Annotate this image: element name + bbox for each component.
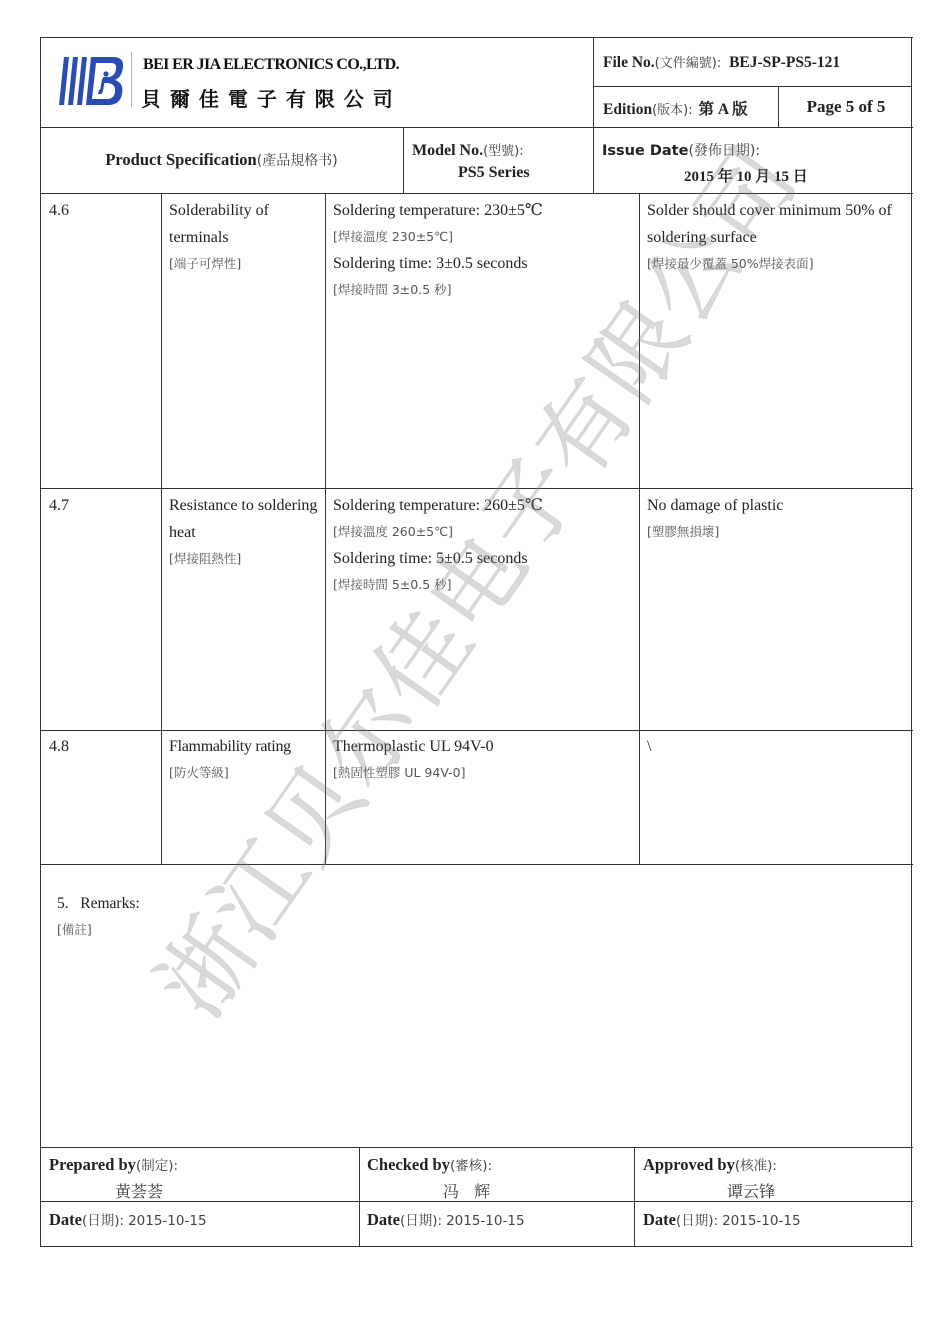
row-line-4 <box>40 1147 913 1148</box>
condition-line: Thermoplastic UL 94V-0 <box>333 733 633 760</box>
item-title: Flammability rating <box>169 733 323 760</box>
edition-value: 第 A 版 <box>699 101 748 118</box>
checked-by-label: Checked by <box>367 1155 450 1174</box>
header-row-line-2 <box>40 127 913 128</box>
date-value: 2015-10-15 <box>128 1213 206 1229</box>
header-row-line-1 <box>593 86 912 87</box>
file-no-field: File No.(文件編號): BEJ-SP-PS5-121 <box>603 52 840 72</box>
col-line-1 <box>161 193 162 865</box>
checked-date: Date(日期): 2015-10-15 <box>367 1209 525 1230</box>
frame-left <box>40 37 41 1247</box>
edition-label: Edition <box>603 101 652 118</box>
condition-line: Soldering temperature: 260±5℃ <box>333 492 633 519</box>
prepared-by-name: 黄荟荟 <box>115 1179 354 1202</box>
company-name-en: BEI ER JIA ELECTRONICS CO.,LTD. <box>143 56 399 74</box>
row-4-7-requirement: No damage of plastic [塑膠無損壞] <box>647 492 909 545</box>
condition-line-cn: [焊接溫度 230±5℃] <box>333 224 633 250</box>
date-label: Date <box>643 1210 676 1229</box>
signoff-col-line-1 <box>359 1147 360 1247</box>
row-4-7-condition: Soldering temperature: 260±5℃ [焊接溫度 260±… <box>333 492 633 598</box>
file-no-label: File No. <box>603 54 655 71</box>
row-4-8-item: Flammability rating [防火等級] <box>169 733 323 786</box>
item-title-cn: [焊接阻熱性] <box>169 546 319 572</box>
bej-logo-icon <box>58 55 128 107</box>
col-line-2 <box>325 193 326 865</box>
item-title: Resistance to soldering heat <box>169 492 319 546</box>
condition-line: Soldering time: 5±0.5 seconds <box>333 545 633 572</box>
remarks-label-cn: [備註] <box>57 922 92 937</box>
checked-by-name: 冯 辉 <box>443 1179 629 1202</box>
model-no-field: Model No.(型號): <box>412 140 524 160</box>
row-4-7-item: Resistance to soldering heat [焊接阻熱性] <box>169 492 319 572</box>
approved-by-name: 谭云锋 <box>727 1179 908 1202</box>
approved-by-block: Approved by(核准): 谭云锋 <box>643 1154 908 1202</box>
prepared-by-label-cn: (制定): <box>136 1158 178 1174</box>
model-no-label-cn: (型號): <box>483 144 524 159</box>
remarks-heading: 5. Remarks: [備註] <box>49 872 140 943</box>
date-value: 2015-10-15 <box>446 1213 524 1229</box>
condition-line: Soldering time: 3±0.5 seconds <box>333 250 633 277</box>
item-title: Solderability of terminals <box>169 197 319 251</box>
row-4-8-requirement: \ <box>647 733 909 760</box>
spec-model-divider <box>403 127 404 194</box>
approved-date: Date(日期): 2015-10-15 <box>643 1209 801 1230</box>
condition-line: Soldering temperature: 230±5℃ <box>333 197 633 224</box>
product-spec-title: Product Specification(產品規格书) <box>40 150 403 170</box>
row-line-3 <box>40 864 913 865</box>
row-line-1 <box>40 488 913 489</box>
issue-date-label-cn: (發佈日期): <box>688 143 760 159</box>
col-line-3 <box>639 193 640 865</box>
requirement-text-cn: [焊接最少覆蓋 50%焊接表面] <box>647 251 909 277</box>
issue-date-label: Issue Date <box>602 143 688 159</box>
edition-label-cn: (版本): <box>652 103 693 118</box>
row-line-2 <box>40 730 913 731</box>
item-title-cn: [端子可焊性] <box>169 251 319 277</box>
model-no-value: PS5 Series <box>458 164 530 182</box>
row-4-6-requirement: Solder should cover minimum 50% of solde… <box>647 197 909 277</box>
company-name-cn: 貝 爾 佳 電 子 有 限 公 司 <box>141 83 394 112</box>
header-bottom-line <box>40 193 913 194</box>
date-label-cn: (日期): <box>676 1213 718 1229</box>
row-4-8-number: 4.8 <box>49 733 69 760</box>
signoff-col-line-2 <box>634 1147 635 1247</box>
row-4-6-number: 4.6 <box>49 197 69 224</box>
condition-line-cn: [焊接溫度 260±5℃] <box>333 519 633 545</box>
approved-by-label: Approved by <box>643 1155 735 1174</box>
requirement-text: \ <box>647 733 909 760</box>
date-label-cn: (日期): <box>400 1213 442 1229</box>
prepared-date: Date(日期): 2015-10-15 <box>49 1209 207 1230</box>
row-4-8-condition: Thermoplastic UL 94V-0 [熱固性塑膠 UL 94V-0] <box>333 733 633 786</box>
checked-by-label-cn: (審核): <box>450 1158 492 1174</box>
row-4-7-number: 4.7 <box>49 492 69 519</box>
requirement-text-cn: [塑膠無損壞] <box>647 519 909 545</box>
product-spec-label: Product Specification <box>105 150 256 169</box>
prepared-by-label: Prepared by <box>49 1155 136 1174</box>
product-spec-label-cn: (產品規格书) <box>257 153 338 169</box>
condition-line-cn: [焊接時間 3±0.5 秒] <box>333 277 633 303</box>
checked-by-block: Checked by(審核): 冯 辉 <box>367 1154 629 1202</box>
date-label: Date <box>49 1210 82 1229</box>
edition-field: Edition(版本): 第 A 版 <box>603 97 748 119</box>
approved-by-label-cn: (核准): <box>735 1158 777 1174</box>
logo-divider <box>131 52 132 107</box>
row-4-6-item: Solderability of terminals [端子可焊性] <box>169 197 319 277</box>
company-logo <box>58 55 128 107</box>
frame-right <box>911 37 912 1247</box>
date-value: 2015-10-15 <box>722 1213 800 1229</box>
date-label: Date <box>367 1210 400 1229</box>
page-indicator: Page 5 of 5 <box>780 97 912 117</box>
file-no-value: BEJ-SP-PS5-121 <box>729 54 840 71</box>
requirement-text: Solder should cover minimum 50% of solde… <box>647 197 909 251</box>
frame-bottom <box>40 1246 913 1247</box>
prepared-by-block: Prepared by(制定): 黄荟荟 <box>49 1154 354 1202</box>
row-4-6-condition: Soldering temperature: 230±5℃ [焊接溫度 230±… <box>333 197 633 303</box>
date-label-cn: (日期): <box>82 1213 124 1229</box>
edition-page-divider <box>778 86 779 127</box>
issue-date-value: 2015 年 10 月 15 日 <box>684 165 808 186</box>
issue-date-field: Issue Date(發佈日期): <box>602 140 760 160</box>
header-divider <box>593 37 594 194</box>
requirement-text: No damage of plastic <box>647 492 909 519</box>
file-no-label-cn: (文件編號): <box>655 56 722 71</box>
item-title-cn: [防火等級] <box>169 760 323 786</box>
frame-top <box>40 37 913 38</box>
condition-line-cn: [熱固性塑膠 UL 94V-0] <box>333 760 633 786</box>
condition-line-cn: [焊接時間 5±0.5 秒] <box>333 572 633 598</box>
remarks-label: 5. Remarks: <box>57 895 140 912</box>
model-no-label: Model No. <box>412 142 483 159</box>
